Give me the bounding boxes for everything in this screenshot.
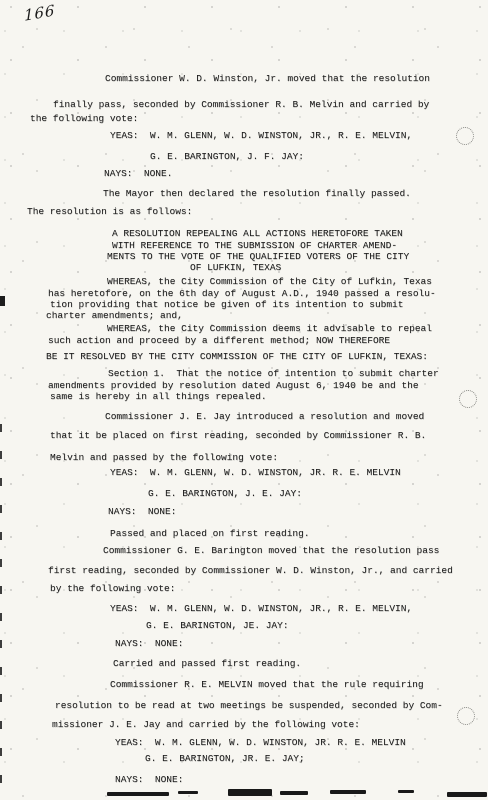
page-edge-artifact [280,791,308,795]
text-line: such action and proceed by a different m… [48,335,390,347]
text-line: The resolution is as follows: [27,206,192,218]
text-line: The Mayor then declared the resolution f… [103,188,411,200]
vote-nays-line: NAYS: NONE: [108,506,176,518]
vote-yeas-line: YEAS: W. M. GLENN, W. D. WINSTON, JR. R.… [110,467,401,479]
text-line: Section 1. That the notice of intention … [108,368,439,380]
vote-yeas-continuation: G. E. BARINGTON, J. E. JAY: [148,488,302,500]
vote-yeas-line: YEAS: W. M. GLENN, W. D. WINSTON, JR. R.… [115,737,406,749]
text-line: resolution to be read at two meetings be… [55,700,443,712]
text-line: WHEREAS, the City Commission of the City… [107,276,432,288]
resolution-title-line: A RESOLUTION REPEALING ALL ACTIONS HERET… [112,228,403,240]
vote-yeas-continuation: G. E. BARINGTON, J. F. JAY: [150,151,304,163]
page-edge-artifact [330,790,366,794]
page-edge-artifact [447,792,487,797]
text-line: Commissioner J. E. Jay introduced a reso… [105,411,424,423]
text-line: Melvin and passed by the following vote: [50,452,278,464]
page-edge-artifact [398,790,414,793]
punch-hole [459,390,477,408]
text-line: Commissioner R. E. MELVIN moved that the… [110,679,424,691]
text-line: missioner J. E. Jay and carried by the f… [52,719,360,731]
page-edge-artifact [178,791,198,794]
vote-nays-line: NAYS: NONE. [104,168,172,180]
text-line: first reading, seconded by Commissioner … [48,565,453,577]
resolution-title-line: OF LUFKIN, TEXAS [190,262,281,274]
vote-nays-line: NAYS: NONE: [115,774,183,786]
text-line: BE IT RESOLVED BY THE CITY COMMISSION OF… [46,351,428,363]
text-line: that it be placed on first reading, seco… [50,430,426,442]
scan-edge-dashes [0,424,2,792]
text-line: charter amendments; and, [46,310,183,322]
text-line: the following vote: [30,113,138,125]
text-line: Commissioner W. D. Winston, Jr. moved th… [105,73,430,85]
page-number: 166 [24,2,56,24]
vote-yeas-line: YEAS: W. M. GLENN, W. D. WINSTON, JR., R… [110,603,412,615]
text-line: by the following vote: [50,583,175,595]
page-edge-artifact [107,792,169,796]
vote-nays-line: NAYS: NONE: [115,638,183,650]
text-line: same is hereby in all things repealed. [50,391,267,403]
text-line: Commissioner G. E. Barington moved that … [103,545,439,557]
text-line: finally pass, seconded by Commissioner R… [53,99,429,111]
text-line: Passed and placed on first reading. [110,528,310,540]
punch-hole [456,127,474,145]
document-page: 166 Commissioner W. D. Winston, Jr. move… [0,0,488,800]
vote-yeas-line: YEAS: W. M. GLENN, W. D. WINSTON, JR., R… [110,130,412,142]
text-line: WHEREAS, the City Commission deems it ad… [107,323,432,335]
punch-hole [457,707,475,725]
scan-edge-blob [0,296,5,306]
page-edge-artifact [228,789,272,796]
vote-yeas-continuation: G. E. BARINGTON, JE. JAY: [146,620,289,632]
vote-yeas-continuation: G. E. BARINGTON, JR. E. JAY; [145,753,305,765]
text-line: Carried and passed first reading. [113,658,301,670]
